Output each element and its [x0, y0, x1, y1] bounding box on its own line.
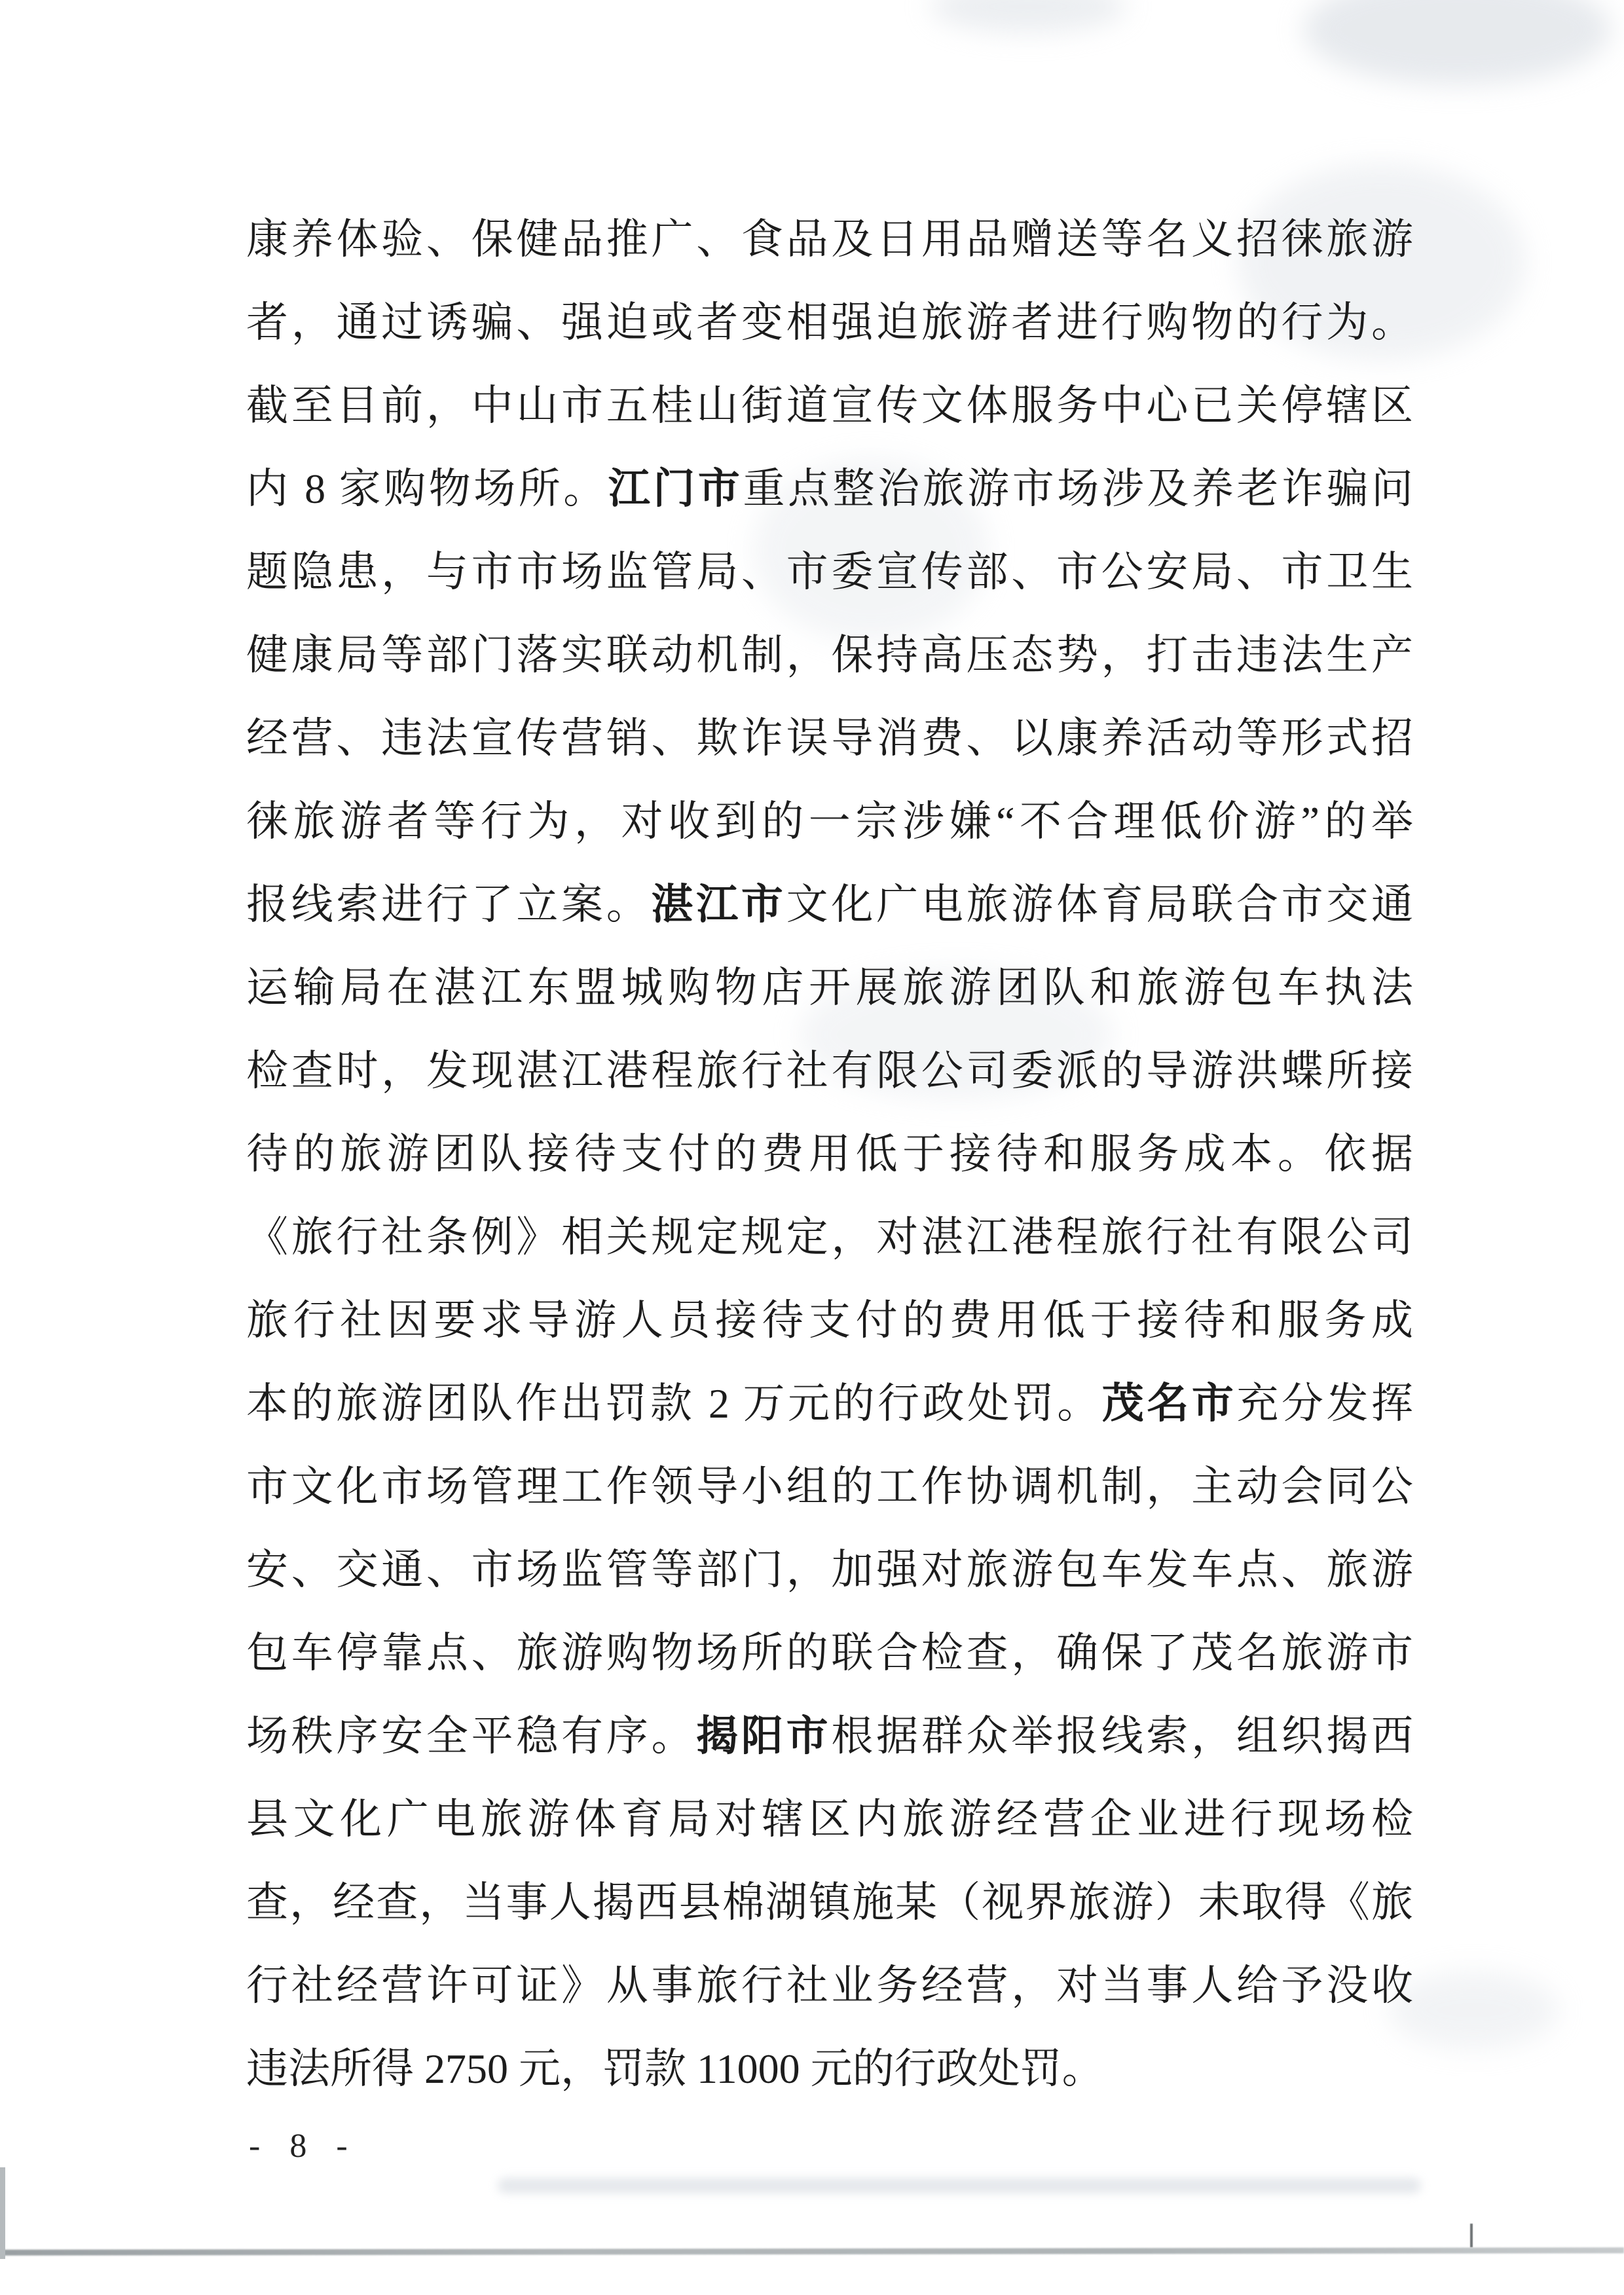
text-segment: 题隐患，与市市场监管局、市委宣传部、市公安局、市卫生 — [246, 549, 1413, 595]
text-segment: 待的旅游团队接待支付的费用低于接待和服务成本。依据 — [246, 1131, 1413, 1177]
city-name-bold: 江门市 — [608, 465, 743, 512]
text-segment: 者，通过诱骗、强迫或者变相强迫旅游者进行购物的行为。 — [246, 299, 1413, 346]
text-segment: 安、交通、市场监管等部门，加强对旅游包车发车点、旅游 — [246, 1547, 1413, 1593]
document-page: 康养体验、保健品推广、食品及日用品赠送等名义招徕旅游者，通过诱骗、强迫或者变相强… — [0, 0, 1624, 2295]
text-segment: 经营、违法宣传营销、欺诈误导消费、以康养活动等形式招 — [246, 715, 1413, 762]
text-line: 健康局等部门落实联动机制，保持高压态势，打击违法生产 — [246, 614, 1413, 697]
page-number: - 8 - — [249, 2127, 358, 2165]
text-segment: 内 8 家购物场所。 — [246, 466, 608, 512]
bleed-through-text-artifact — [498, 2178, 1421, 2194]
text-line: 徕旅游者等行为，对收到的一宗涉嫌“不合理低价游”的举 — [246, 780, 1413, 863]
text-line: 市文化市场管理工作领导小组的工作协调机制，主动会同公 — [246, 1445, 1413, 1528]
text-segment: 充分发挥 — [1236, 1380, 1413, 1427]
text-segment: 徕旅游者等行为，对收到的一宗涉嫌“不合理低价游”的举 — [246, 798, 1413, 845]
text-segment: 旅行社因要求导游人员接待支付的费用低于接待和服务成 — [246, 1297, 1413, 1344]
city-name-bold: 揭阳市 — [696, 1712, 831, 1759]
text-line: 查，经查，当事人揭西县棉湖镇施某（视界旅游）未取得《旅 — [246, 1861, 1413, 1944]
text-line: 违法所得 2750 元，罚款 11000 元的行政处罚。 — [246, 2027, 1413, 2110]
text-line: 截至目前，中山市五桂山街道宣传文体服务中心已关停辖区 — [246, 364, 1413, 447]
text-line: 经营、违法宣传营销、欺诈误导消费、以康养活动等形式招 — [246, 697, 1413, 780]
body-text: 康养体验、保健品推广、食品及日用品赠送等名义招徕旅游者，通过诱骗、强迫或者变相强… — [246, 198, 1413, 2110]
text-line: 旅行社因要求导游人员接待支付的费用低于接待和服务成 — [246, 1279, 1413, 1362]
text-line: 题隐患，与市市场监管局、市委宣传部、市公安局、市卫生 — [246, 530, 1413, 614]
text-line: 康养体验、保健品推广、食品及日用品赠送等名义招徕旅游 — [246, 198, 1413, 281]
text-segment: 健康局等部门落实联动机制，保持高压态势，打击违法生产 — [246, 632, 1413, 678]
text-line: 《旅行社条例》相关规定规定，对湛江港程旅行社有限公司 — [246, 1196, 1413, 1279]
text-segment: 根据群众举报线索，组织揭西 — [831, 1713, 1413, 1759]
text-segment: 包车停靠点、旅游购物场所的联合检查，确保了茂名旅游市 — [246, 1630, 1413, 1676]
text-line: 运输局在湛江东盟城购物店开展旅游团队和旅游包车执法 — [246, 946, 1413, 1029]
scan-smudge-artifact — [930, 0, 1126, 33]
text-line: 场秩序安全平稳有序。揭阳市根据群众举报线索，组织揭西 — [246, 1695, 1413, 1778]
text-segment: 运输局在湛江东盟城购物店开展旅游团队和旅游包车执法 — [246, 964, 1413, 1011]
text-line: 本的旅游团队作出罚款 2 万元的行政处罚。茂名市充分发挥 — [246, 1362, 1413, 1445]
text-line: 安、交通、市场监管等部门，加强对旅游包车发车点、旅游 — [246, 1528, 1413, 1611]
text-segment: 截至目前，中山市五桂山街道宣传文体服务中心已关停辖区 — [246, 382, 1413, 429]
text-line: 县文化广电旅游体育局对辖区内旅游经营企业进行现场检 — [246, 1778, 1413, 1861]
text-line: 待的旅游团队接待支付的费用低于接待和服务成本。依据 — [246, 1112, 1413, 1196]
text-segment: 报线索进行了立案。 — [246, 881, 651, 928]
text-line: 行社经营许可证》从事旅行社业务经营，对当事人给予没收 — [246, 1944, 1413, 2027]
text-segment: 文化广电旅游体育局联合市交通 — [786, 881, 1413, 928]
text-line: 检查时，发现湛江港程旅行社有限公司委派的导游洪蝶所接 — [246, 1029, 1413, 1112]
text-segment: 检查时，发现湛江港程旅行社有限公司委派的导游洪蝶所接 — [246, 1048, 1413, 1094]
text-segment: 本的旅游团队作出罚款 2 万元的行政处罚。 — [246, 1380, 1102, 1427]
city-name-bold: 茂名市 — [1102, 1380, 1237, 1427]
text-line: 者，通过诱骗、强迫或者变相强迫旅游者进行购物的行为。 — [246, 281, 1413, 364]
text-segment: 康养体验、保健品推广、食品及日用品赠送等名义招徕旅游 — [246, 216, 1413, 263]
scan-tick-artifact — [1470, 2224, 1473, 2247]
text-line: 包车停靠点、旅游购物场所的联合检查，确保了茂名旅游市 — [246, 1611, 1413, 1695]
text-line: 内 8 家购物场所。江门市重点整治旅游市场涉及养老诈骗问 — [246, 447, 1413, 530]
text-segment: 县文化广电旅游体育局对辖区内旅游经营企业进行现场检 — [246, 1796, 1413, 1843]
text-segment: 《旅行社条例》相关规定规定，对湛江港程旅行社有限公司 — [246, 1214, 1413, 1260]
scan-smudge-artifact — [1303, 0, 1611, 85]
text-segment: 行社经营许可证》从事旅行社业务经营，对当事人给予没收 — [246, 1962, 1413, 2009]
scan-edge-strip — [0, 2167, 5, 2259]
text-segment: 市文化市场管理工作领导小组的工作协调机制，主动会同公 — [246, 1463, 1413, 1510]
text-segment: 违法所得 2750 元，罚款 11000 元的行政处罚。 — [246, 2046, 1104, 2092]
text-line: 报线索进行了立案。湛江市文化广电旅游体育局联合市交通 — [246, 863, 1413, 946]
text-segment: 重点整治旅游市场涉及养老诈骗问 — [743, 466, 1413, 512]
scan-smudge-artifact — [1388, 1971, 1559, 2049]
text-segment: 查，经查，当事人揭西县棉湖镇施某（视界旅游）未取得《旅 — [246, 1879, 1413, 1926]
scan-fold-line — [0, 2247, 1624, 2255]
city-name-bold: 湛江市 — [651, 881, 786, 928]
text-segment: 场秩序安全平稳有序。 — [246, 1713, 696, 1759]
